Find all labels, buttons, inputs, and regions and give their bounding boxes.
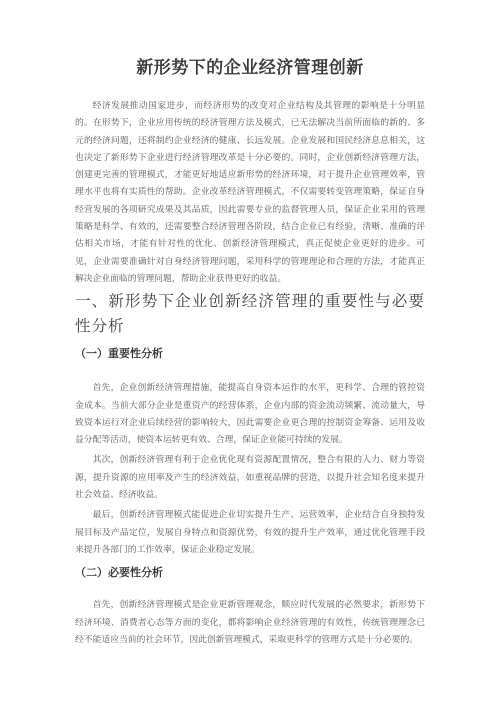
importance-paragraph-3: 最后，创新经济管理模式能促进企业切实提升生产、运营效率，企业结合自身独特发展目标… xyxy=(75,506,425,558)
subsection-heading-importance: （一）重要性分析 xyxy=(75,347,425,362)
importance-paragraph-1: 首先，企业创新经济管理措施，能提高自身资本运作的水平，更科学、合理的管控资金成本… xyxy=(75,379,425,448)
importance-paragraph-2: 其次，创新经济管理有利于企业优化现有资源配置情况，整合有限的人力、财力等资源，提… xyxy=(75,451,425,503)
document-page: 新形势下的企业经济管理创新 经济发展推动国家进步，而经济形势的改变对企业结构及其… xyxy=(0,0,500,707)
necessity-paragraph-1: 首先，创新经济管理模式是企业更新管理观念，顺应时代发展的必然要求，新形势下经济环… xyxy=(75,596,425,648)
intro-paragraph: 经济发展推动国家进步，而经济形势的改变对企业结构及其管理的影响是十分明显的。在形… xyxy=(75,97,425,287)
document-title: 新形势下的企业经济管理创新 xyxy=(75,56,425,80)
subsection-heading-necessity: （二）必要性分析 xyxy=(75,566,425,581)
section-heading-1: 一、新形势下企业创新经济管理的重要性与必要性分析 xyxy=(75,289,425,339)
